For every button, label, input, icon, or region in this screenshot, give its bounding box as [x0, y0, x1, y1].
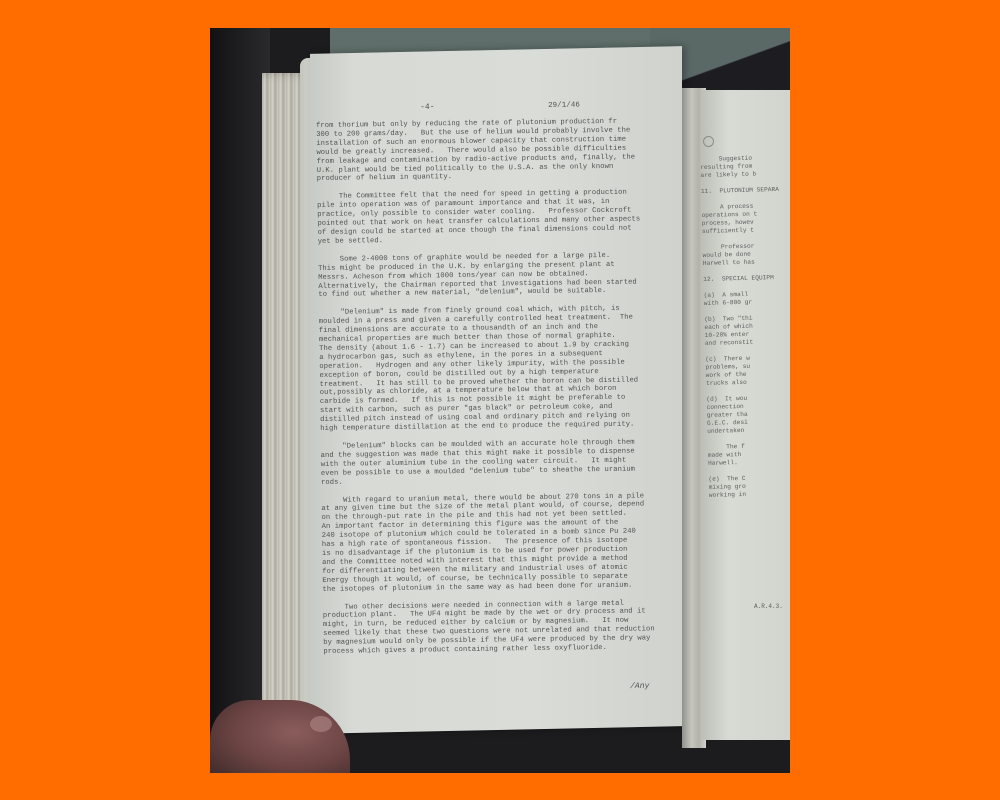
- paragraph: Some 2-4000 tons of graphite would be ne…: [318, 250, 699, 300]
- document-date: 29/1/46: [548, 102, 580, 111]
- facing-page-block: 11. PLUTONIUM SEPARA: [701, 186, 791, 196]
- facing-page-block: (d) It wou connection greater tha G.E.C.…: [706, 394, 797, 436]
- document-body: from thorium but only by reducing the ra…: [316, 117, 704, 666]
- facing-page-block: Professor would be done Harwell to has: [702, 242, 793, 268]
- facing-page-block: 12. SPECIAL EQUIPM: [703, 274, 793, 284]
- facing-page-block: A process operations on t process, howev…: [701, 202, 792, 236]
- paragraph: With regard to uranium metal, there woul…: [321, 491, 702, 594]
- paragraph: The Committee felt that the need for spe…: [317, 188, 698, 247]
- paragraph: from thorium but only by reducing the ra…: [316, 117, 697, 185]
- facing-page-reference: A.R.4.3.: [754, 603, 783, 610]
- paragraph: Two other decisions were needed in conne…: [323, 598, 704, 657]
- catchword: /Any: [630, 683, 650, 692]
- paragraph: "Delenium" blocks can be moulded with an…: [320, 438, 701, 488]
- facing-page-block: (b) Two "thi each of which 10-20% enter …: [704, 314, 795, 348]
- facing-page-text: Suggestio resulting from are likely to b…: [700, 154, 799, 508]
- binder-cover: [210, 28, 270, 773]
- punch-hole: [703, 136, 714, 147]
- facing-page-block: (e) The C mixing gro working in: [708, 474, 799, 500]
- facing-page-block: The f made with Harwell.: [708, 442, 799, 468]
- page-number: -4-: [420, 104, 435, 113]
- thumbnail-highlight: [310, 716, 332, 732]
- facing-page-block: (a) A small with 6-800 gr: [704, 290, 794, 308]
- facing-page-block: Suggestio resulting from are likely to b: [700, 154, 791, 180]
- facing-page-block: (c) There w problems, su work of the tru…: [705, 354, 796, 388]
- paragraph: "Delenium" is made from finely ground co…: [319, 304, 701, 434]
